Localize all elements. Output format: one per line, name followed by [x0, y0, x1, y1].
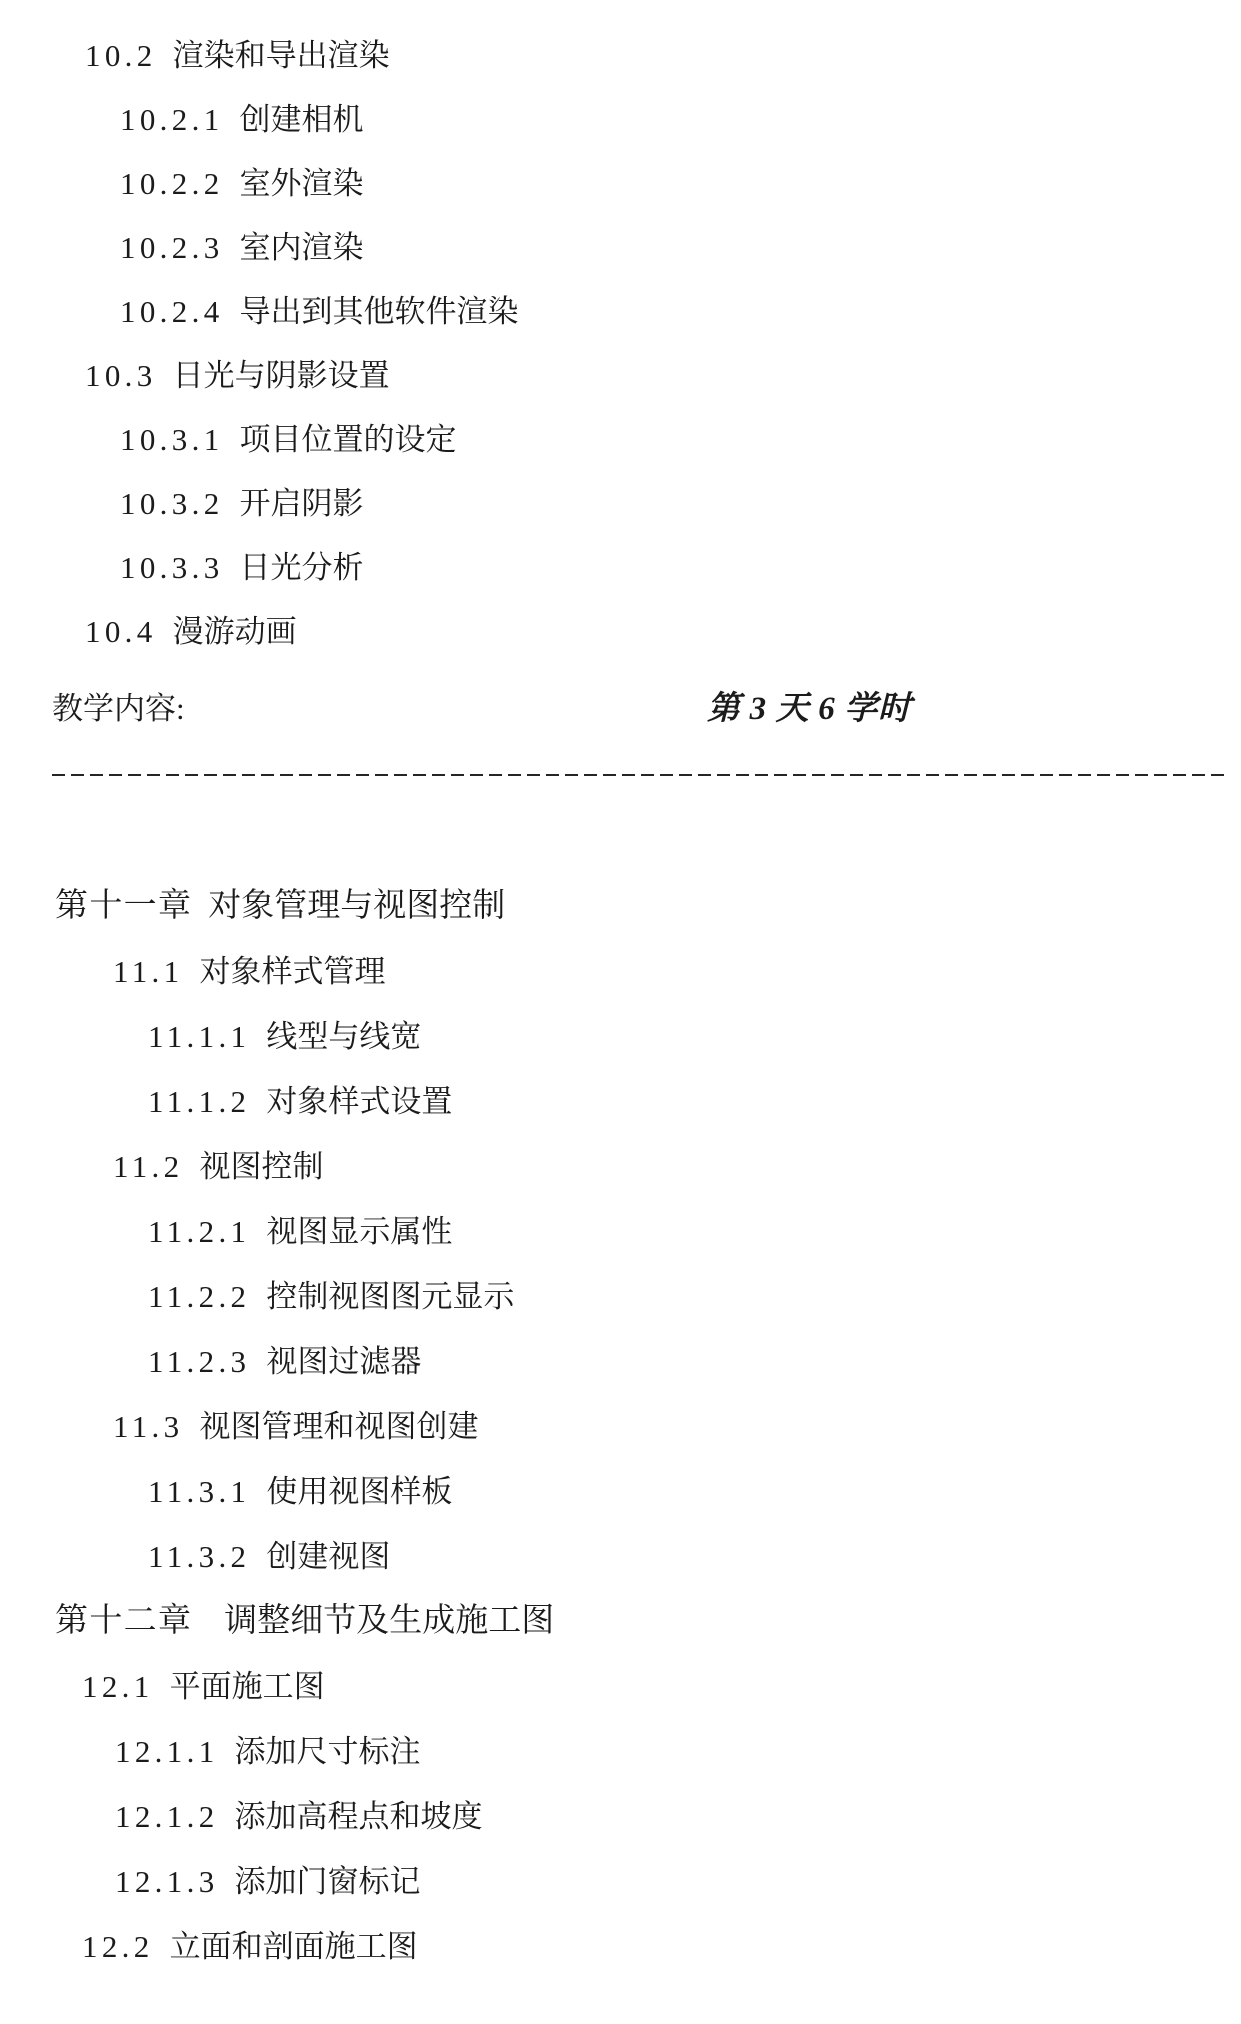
item-number: 10.2.2 [120, 166, 224, 201]
item-number: 10.2.1 [120, 102, 224, 137]
item-number: 11.1.2 [148, 1084, 250, 1119]
outline-item-11-2-1: 11.2.1视图显示属性 [0, 1199, 1241, 1264]
item-title: 渲染和导出渲染 [173, 38, 390, 73]
day-schedule-text: 第 3 天 6 学时 [707, 677, 912, 741]
item-number: 12.1 [82, 1669, 154, 1704]
item-number: 10.2.4 [120, 294, 224, 329]
item-title: 日光与阴影设置 [173, 358, 390, 393]
item-number: 10.3.2 [120, 486, 224, 521]
outline-item-11-2-3: 11.2.3视图过滤器 [0, 1329, 1241, 1394]
item-number: 10.3.1 [120, 422, 224, 457]
item-title: 线型与线宽 [266, 1019, 421, 1054]
outline-item-12-1-2: 12.1.2添加高程点和坡度 [0, 1784, 1241, 1849]
item-title: 视图控制 [199, 1149, 323, 1184]
item-number: 12.1.3 [115, 1864, 219, 1899]
item-number: 11.1.1 [148, 1019, 250, 1054]
item-number: 11.2.1 [148, 1214, 250, 1249]
outline-item-10-2-3: 10.2.3室内渲染 [0, 216, 1241, 280]
item-number: 11.3.1 [148, 1474, 250, 1509]
item-title: 添加门窗标记 [235, 1864, 421, 1899]
item-title: 导出到其他软件渲染 [240, 294, 519, 329]
item-title: 对象样式设置 [266, 1084, 452, 1119]
outline-item-10-2-4: 10.2.4导出到其他软件渲染 [0, 280, 1241, 344]
item-title: 使用视图样板 [266, 1474, 452, 1509]
item-number: 11.1 [113, 954, 183, 989]
item-title: 对象管理与视图控制 [208, 888, 505, 924]
outline-item-10-2: 10.2渲染和导出渲染 [0, 24, 1241, 88]
item-number: 第十一章 [55, 888, 192, 924]
outline-item-11-1-1: 11.1.1线型与线宽 [0, 1004, 1241, 1069]
item-number: 第十二章 [55, 1603, 192, 1639]
item-number: 10.3 [85, 358, 157, 393]
item-title: 室内渲染 [240, 230, 364, 265]
item-title: 视图管理和视图创建 [199, 1409, 478, 1444]
outline-chapter-11: 第十一章对象管理与视图控制 [0, 874, 1241, 939]
outline-item-12-1-3: 12.1.3添加门窗标记 [0, 1849, 1241, 1914]
outline-item-10-3-1: 10.3.1项目位置的设定 [0, 408, 1241, 472]
item-number: 11.2.2 [148, 1279, 250, 1314]
outline-item-12-1-1: 12.1.1添加尺寸标注 [0, 1719, 1241, 1784]
outline-item-12-2: 12.2立面和剖面施工图 [0, 1914, 1241, 1979]
teaching-content-row: 教学内容: 第 3 天 6 学时 [0, 677, 1241, 741]
outline-item-10-3: 10.3日光与阴影设置 [0, 344, 1241, 408]
item-number: 10.3.3 [120, 550, 224, 585]
item-title: 调整细节及生成施工图 [224, 1603, 554, 1639]
item-title: 视图显示属性 [266, 1214, 452, 1249]
outline-item-11-3-1: 11.3.1使用视图样板 [0, 1459, 1241, 1524]
item-number: 11.3.2 [148, 1539, 250, 1574]
outline-item-10-3-2: 10.3.2开启阴影 [0, 472, 1241, 536]
item-number: 11.2.3 [148, 1344, 250, 1379]
outline-item-11-3: 11.3视图管理和视图创建 [0, 1394, 1241, 1459]
chapter-11-12-outline: 第十一章对象管理与视图控制 11.1对象样式管理 11.1.1线型与线宽 11.… [0, 874, 1241, 1979]
item-title: 项目位置的设定 [240, 422, 457, 457]
dashed-section-divider [52, 774, 1227, 776]
outline-item-11-2: 11.2视图控制 [0, 1134, 1241, 1199]
item-title: 对象样式管理 [199, 954, 385, 989]
document-page: 10.2渲染和导出渲染 10.2.1创建相机 10.2.2室外渲染 10.2.3… [0, 0, 1241, 2024]
chapter-10-outline: 10.2渲染和导出渲染 10.2.1创建相机 10.2.2室外渲染 10.2.3… [0, 0, 1241, 664]
item-title: 室外渲染 [240, 166, 364, 201]
item-number: 12.2 [82, 1929, 154, 1964]
teaching-content-label: 教学内容: [52, 677, 185, 741]
outline-item-10-2-1: 10.2.1创建相机 [0, 88, 1241, 152]
outline-item-12-1: 12.1平面施工图 [0, 1654, 1241, 1719]
item-number: 11.3 [113, 1409, 183, 1444]
item-title: 添加尺寸标注 [235, 1734, 421, 1769]
item-number: 12.1.2 [115, 1799, 219, 1834]
item-title: 立面和剖面施工图 [170, 1929, 418, 1964]
item-title: 添加高程点和坡度 [235, 1799, 483, 1834]
item-title: 控制视图图元显示 [266, 1279, 514, 1314]
item-title: 创建相机 [240, 102, 364, 137]
item-title: 漫游动画 [173, 614, 297, 649]
item-number: 10.2.3 [120, 230, 224, 265]
outline-item-11-1-2: 11.1.2对象样式设置 [0, 1069, 1241, 1134]
outline-item-11-1: 11.1对象样式管理 [0, 939, 1241, 1004]
outline-item-11-3-2: 11.3.2创建视图 [0, 1524, 1241, 1589]
item-title: 开启阴影 [240, 486, 364, 521]
item-title: 视图过滤器 [266, 1344, 421, 1379]
item-title: 创建视图 [266, 1539, 390, 1574]
outline-item-10-3-3: 10.3.3日光分析 [0, 536, 1241, 600]
outline-item-11-2-2: 11.2.2控制视图图元显示 [0, 1264, 1241, 1329]
item-title: 平面施工图 [170, 1669, 325, 1704]
item-title: 日光分析 [240, 550, 364, 585]
item-number: 10.4 [85, 614, 157, 649]
item-number: 10.2 [85, 38, 157, 73]
item-number: 11.2 [113, 1149, 183, 1184]
outline-chapter-12: 第十二章调整细节及生成施工图 [0, 1589, 1241, 1654]
item-number: 12.1.1 [115, 1734, 219, 1769]
outline-item-10-4: 10.4漫游动画 [0, 600, 1241, 664]
outline-item-10-2-2: 10.2.2室外渲染 [0, 152, 1241, 216]
